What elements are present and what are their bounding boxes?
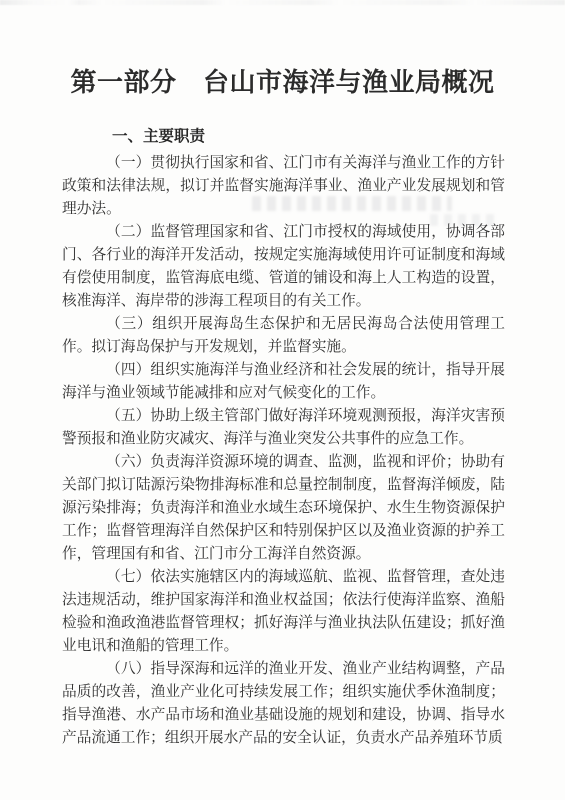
body-paragraph: （一）贯彻执行国家和省、江门市有关海洋与渔业工作的方针政策和法律法规，拟订并监督… [62, 152, 505, 221]
body-paragraph: （三）组织开展海岛生态保护和无居民海岛合法使用管理工作。拟订海岛保护与开发规划，… [62, 313, 505, 359]
body-paragraph: （八）指导深海和远洋的渔业开发、渔业产业结构调整，产品品质的改善，渔业产业化可持… [62, 658, 505, 750]
body-paragraph: （六）负责海洋资源环境的调查、监测，监视和评价；协助有关部门拟订陆源污染物排海标… [62, 451, 505, 566]
body-paragraph: （五）协助上级主管部门做好海洋环境观测预报，海洋灾害预警预报和渔业防灾减灾、海洋… [62, 405, 505, 451]
document-body: 一、主要职责 （一）贯彻执行国家和省、江门市有关海洋与渔业工作的方针政策和法律法… [0, 127, 565, 750]
paragraph-list: （一）贯彻执行国家和省、江门市有关海洋与渔业工作的方针政策和法律法规，拟订并监督… [62, 152, 505, 750]
document-page: 第一部分 台山市海洋与渔业局概况 一、主要职责 （一）贯彻执行国家和省、江门市有… [0, 0, 565, 800]
section-heading: 一、主要职责 [62, 127, 505, 147]
body-paragraph: （七）依法实施辖区内的海域巡航、监视、监督管理，查处违法违规活动，维护国家海洋和… [62, 566, 505, 658]
page-title: 第一部分 台山市海洋与渔业局概况 [0, 0, 565, 100]
body-paragraph: （二）监督管理国家和省、江门市授权的海域使用，协调各部门、各行业的海洋开发活动，… [62, 221, 505, 313]
body-paragraph: （四）组织实施海洋与渔业经济和社会发展的统计，指导开展海洋与渔业领域节能减排和应… [62, 359, 505, 405]
